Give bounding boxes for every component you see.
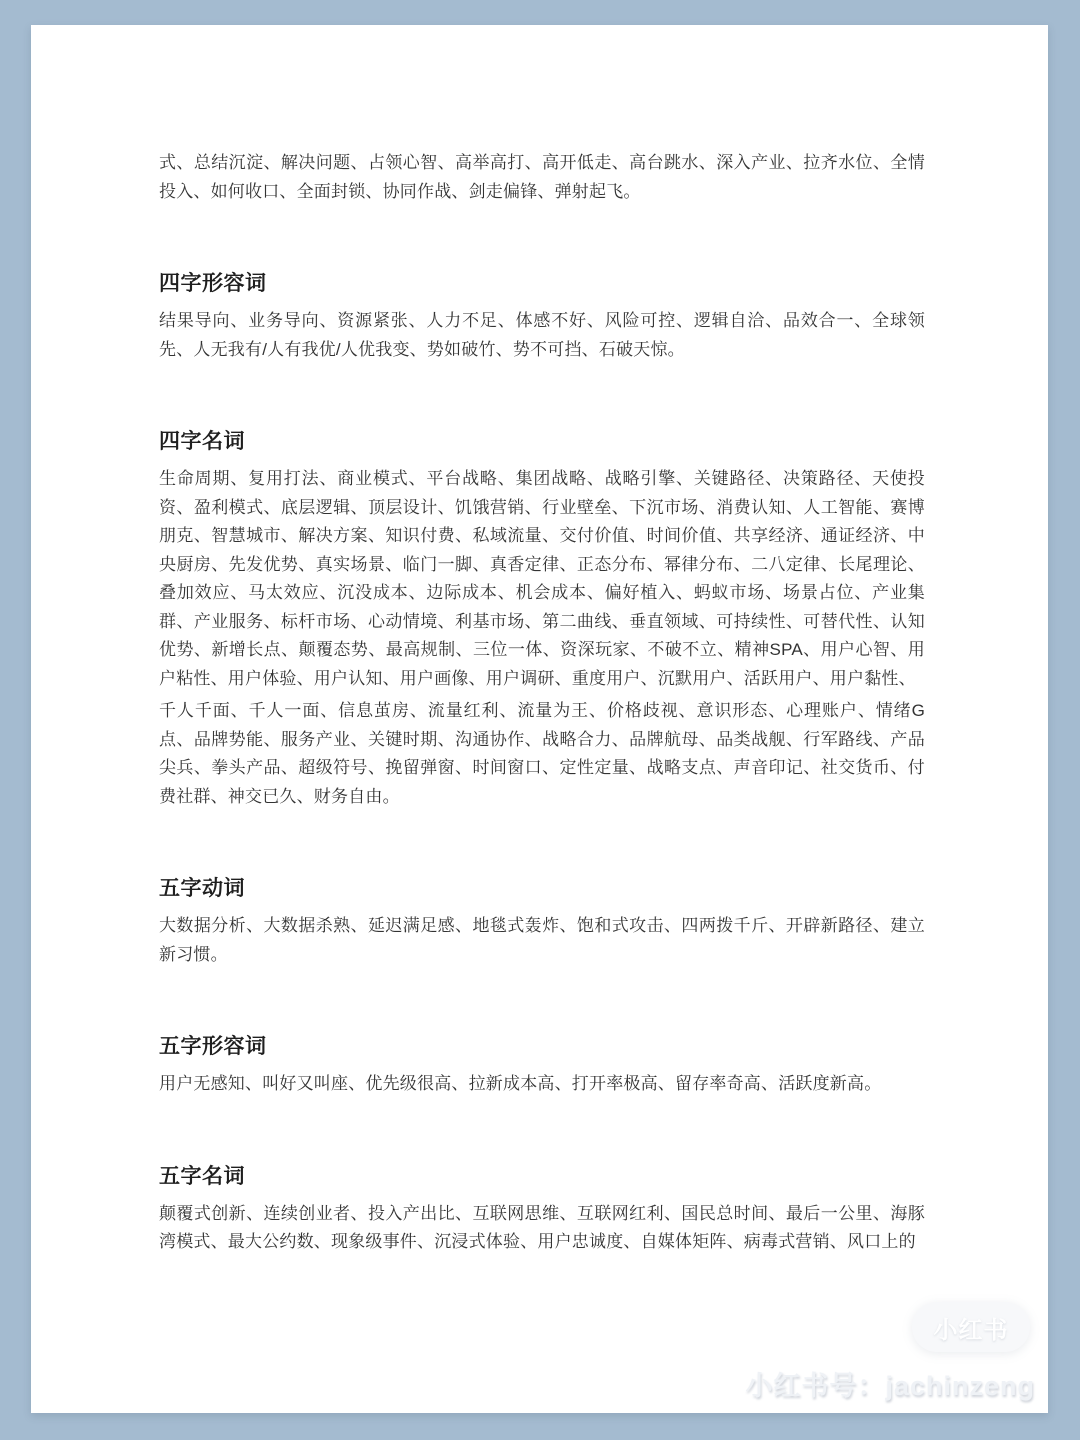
xiaohongshu-account-watermark: 小红书号：jachinzeng bbox=[745, 1364, 1035, 1403]
post-image: { "page": { "background_color": "#a4bbd0… bbox=[0, 0, 1080, 1440]
paragraph-five-char-nouns: 颠覆式创新、连续创业者、投入产出比、互联网思维、互联网红利、国民总时间、最后一公… bbox=[159, 1200, 925, 1257]
xiaohongshu-logo-label: 小红书 bbox=[934, 1310, 1009, 1345]
paragraph-four-char-adjectives: 结果导向、业务导向、资源紧张、人力不足、体感不好、风险可控、逻辑自洽、品效合一、… bbox=[159, 307, 925, 364]
heading-five-char-verbs: 五字动词 bbox=[159, 875, 925, 902]
content-card: 式、总结沉淀、解决问题、占领心智、高举高打、高开低走、高台跳水、深入产业、拉齐水… bbox=[31, 25, 1048, 1413]
xiaohongshu-logo-badge: 小红书 bbox=[912, 1302, 1030, 1352]
glossary-document: 式、总结沉淀、解决问题、占领心智、高举高打、高开低走、高台跳水、深入产业、拉齐水… bbox=[159, 149, 925, 1257]
heading-five-char-nouns: 五字名词 bbox=[159, 1163, 925, 1190]
paragraph-five-char-verbs: 大数据分析、大数据杀熟、延迟满足感、地毯式轰炸、饱和式攻击、四两拨千斤、开辟新路… bbox=[159, 912, 925, 969]
paragraph-four-char-nouns-1: 生命周期、复用打法、商业模式、平台战略、集团战略、战略引擎、关键路径、决策路径、… bbox=[159, 465, 925, 693]
paragraph-five-char-adjectives: 用户无感知、叫好又叫座、优先级很高、拉新成本高、打开率极高、留存率奇高、活跃度新… bbox=[159, 1070, 925, 1099]
heading-four-char-nouns: 四字名词 bbox=[159, 428, 925, 455]
intro-paragraph: 式、总结沉淀、解决问题、占领心智、高举高打、高开低走、高台跳水、深入产业、拉齐水… bbox=[159, 149, 925, 206]
paragraph-four-char-nouns-2: 千人千面、千人一面、信息茧房、流量红利、流量为王、价格歧视、意识形态、心理账户、… bbox=[159, 697, 925, 811]
heading-four-char-adjectives: 四字形容词 bbox=[159, 270, 925, 297]
heading-five-char-adjectives: 五字形容词 bbox=[159, 1033, 925, 1060]
